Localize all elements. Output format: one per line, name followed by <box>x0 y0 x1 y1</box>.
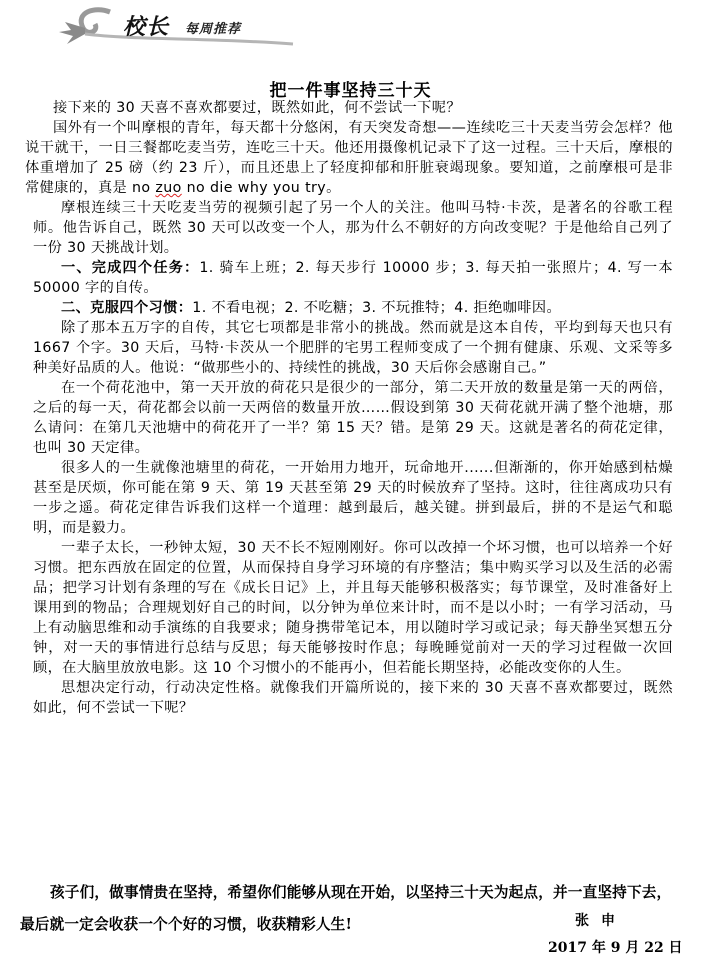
ribbon-ornament-icon <box>55 2 295 50</box>
paragraph-morgan-tail: no die why you try。 <box>182 180 341 196</box>
paragraph-autobiography: 除了那本五万字的自传，其它七项都是非常小的挑战。然而就是这本自传，平均到每天也只… <box>25 318 673 378</box>
paragraph-intro: 接下来的 30 天喜不喜欢都要过，既然如此，何不尝试一下呢？ <box>25 98 673 118</box>
author-signature: 张申 <box>575 910 627 930</box>
paragraph-lotus: 在一个荷花池中，第一天开放的荷花只是很少的一部分，第二天开放的数量是第一天的两倍… <box>25 378 673 458</box>
tasks-label: 一、完成四个任务： <box>61 260 199 276</box>
logo-title: 校长 <box>123 10 169 41</box>
paragraph-habits-list: 一辈子太长，一秒钟太短，30 天不长不短刚刚好。你可以改掉一个坏习惯，也可以培养… <box>25 538 673 678</box>
habits-text: 1. 不看电视；2. 不吃糖；3. 不玩推特；4. 拒绝咖啡因。 <box>192 300 561 316</box>
habits-label: 二、克服四个习惯： <box>61 300 192 316</box>
article-body: 接下来的 30 天喜不喜欢都要过，既然如此，何不尝试一下呢？ 国外有一个叫摩根的… <box>25 98 673 718</box>
paragraph-tasks: 一、完成四个任务：1. 骑车上班；2. 每天步行 10000 步；3. 每天拍一… <box>25 258 673 298</box>
signature-date: 2017 年 9 月 22 日 <box>548 937 683 957</box>
paragraph-conclusion: 思想决定行动，行动决定性格。就像我们开篇所说的，接下来的 30 天喜不喜欢都要过… <box>25 678 673 718</box>
paragraph-persistence: 很多人的一生就像池塘里的荷花，一开始用力地开，玩命地开......但渐渐的，你开… <box>25 458 673 538</box>
logo-subtitle: 每周推荐 <box>185 18 241 37</box>
paragraph-habits: 二、克服四个习惯：1. 不看电视；2. 不吃糖；3. 不玩推特；4. 拒绝咖啡因… <box>25 298 673 318</box>
paragraph-morgan: 国外有一个叫摩根的青年，每天都十分悠闲，有天突发奇想——连续吃三十天麦当劳会怎样… <box>25 118 673 198</box>
paragraph-morgan-text: 国外有一个叫摩根的青年，每天都十分悠闲，有天突发奇想——连续吃三十天麦当劳会怎样… <box>25 120 673 196</box>
paragraph-matt: 摩根连续三十天吃麦当劳的视频引起了另一个人的关注。他叫马特·卡茨，是著名的谷歌工… <box>25 198 673 258</box>
spellcheck-word: zuo <box>155 180 181 196</box>
closing-message: 孩子们，做事情贵在坚持，希望你们能够从现在开始，以坚持三十天为起点，并一直坚持下… <box>20 877 680 941</box>
header-banner: 校长 每周推荐 <box>55 2 295 50</box>
